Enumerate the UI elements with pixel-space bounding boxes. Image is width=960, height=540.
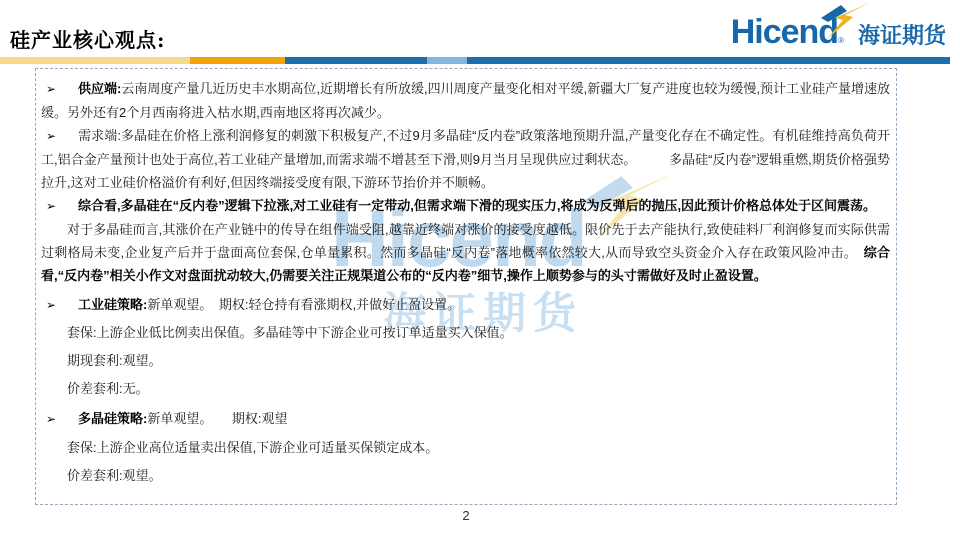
line-cash-futures-arb: 期现套利:观望。 xyxy=(41,349,890,372)
page-title: 硅产业核心观点: xyxy=(10,24,165,53)
bullet-polysilicon-strategy: ➢多晶硅策略:新单观望。 期权:观望 xyxy=(41,407,890,431)
accent-band-blue-long xyxy=(467,57,950,64)
bullet-supply: ➢供应端:云南周度产量几近历史丰水期高位,近期增长有所放缓,四川周度产量变化相对… xyxy=(41,77,890,124)
accent-band-gold xyxy=(190,57,285,64)
analysis-text: ➢供应端:云南周度产量几近历史丰水期高位,近期增长有所放缓,四川周度产量变化相对… xyxy=(41,77,890,487)
line-hedging: 套保:上游企业低比例卖出保值。多晶硅等中下游企业可按订单适量买入保值。 xyxy=(41,321,890,344)
logo-arrow-icon xyxy=(819,3,871,39)
brand-name-cn: 海证期货 xyxy=(858,23,946,48)
content-panel: Hicend 海证期货 ➢供应端:云南周度产量几近历史丰水期高位,近期增长有所放… xyxy=(35,68,897,505)
accent-band-yellow xyxy=(0,57,190,64)
bullet-industrial-silicon-strategy: ➢工业硅策略:新单观望。 期权:轻仓持有看涨期权,并做好止盈设置。 xyxy=(41,293,890,317)
bullet-icon: ➢ xyxy=(41,78,78,101)
bullet-demand: ➢需求端:多晶硅在价格上涨利润修复的刺激下积极复产,不过9月多晶硅“反内卷”政策… xyxy=(41,124,890,194)
page-number: 2 xyxy=(35,508,897,523)
bullet-icon: ➢ xyxy=(41,294,78,317)
paragraph-polysilicon: 对于多晶硅而言,其涨价在产业链中的传导在组件端受阻,越靠近终端对涨价的接受度越低… xyxy=(41,218,890,287)
line-hedging-poly: 套保:上游企业高位适量卖出保值,下游企业可适量买保锁定成本。 xyxy=(41,436,890,459)
line-spread-arb: 价差套利:无。 xyxy=(41,377,890,400)
accent-band-lightblue xyxy=(427,57,467,64)
line-spread-arb-poly: 价差套利:观望。 xyxy=(41,464,890,487)
bullet-icon: ➢ xyxy=(41,125,78,148)
brand-logo: Hicend®海证期货 xyxy=(731,6,946,58)
bullet-icon: ➢ xyxy=(41,408,78,431)
bullet-summary: ➢综合看,多晶硅在“反内卷”逻辑下拉涨,对工业硅有一定带动,但需求端下滑的现实压… xyxy=(41,194,890,218)
accent-band-blue xyxy=(285,57,427,64)
slide: 硅产业核心观点: Hicend®海证期货 Hicend 海证期货 ➢供应端:云南… xyxy=(0,0,960,540)
bullet-icon: ➢ xyxy=(41,195,78,218)
accent-band xyxy=(0,57,950,64)
